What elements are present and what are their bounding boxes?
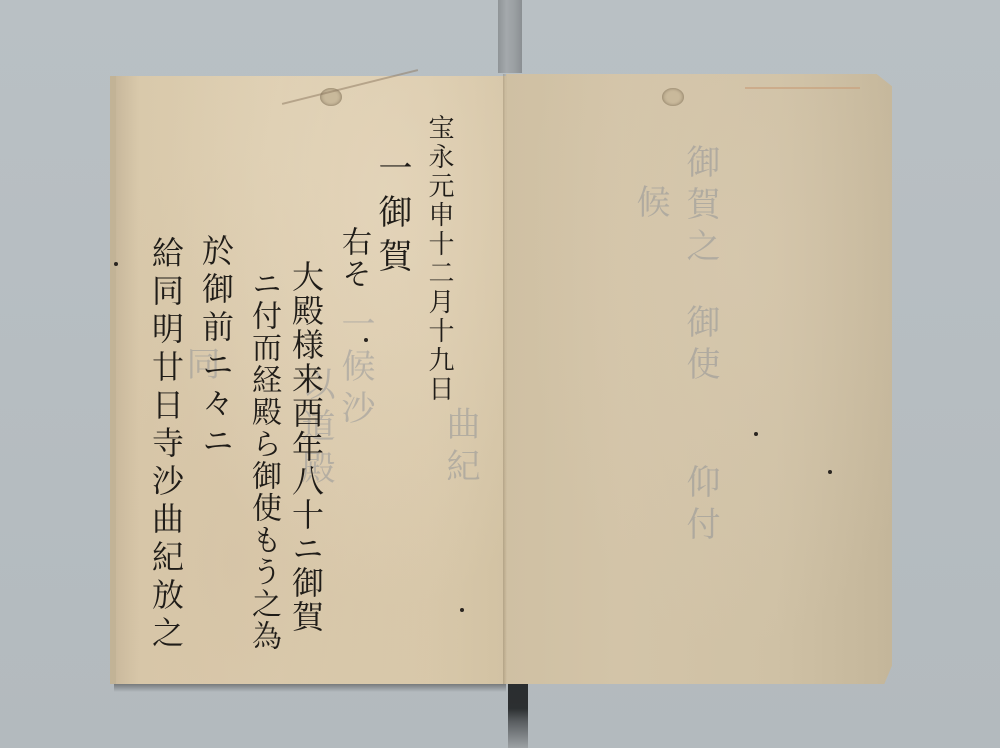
date-column: 宝永元申十二月十九日 — [426, 114, 452, 404]
bleed-through-text: 仰付 — [676, 464, 725, 548]
bleed-through-text: 御賀之 — [676, 144, 725, 270]
bleed-through-text: 候 — [626, 184, 675, 226]
binding-hole — [662, 88, 684, 106]
heading-column: 一御賀 — [375, 150, 409, 282]
text-column: ニ付而経殿ら御使もう之為 — [248, 268, 278, 652]
book-gutter — [503, 74, 507, 684]
bleed-through-text: 御使 — [676, 304, 725, 388]
right-page: 御賀之 候 御使 仰付 — [506, 74, 892, 684]
ink-spot — [364, 338, 368, 342]
ink-spot — [460, 608, 464, 612]
display-stand-bottom — [508, 682, 528, 748]
binding-thread — [745, 87, 860, 89]
text-column: 給同明廿日寺沙曲紀放之 — [150, 236, 182, 654]
text-column: 大殿様来酉年八十ニ御賀 — [290, 260, 322, 634]
ink-spot — [114, 262, 118, 266]
display-stand-top — [498, 0, 522, 73]
bleed-through-text: 曲紀 — [436, 406, 485, 490]
text-column: 右そ — [338, 226, 368, 290]
worm-hole — [754, 432, 758, 436]
worm-hole — [828, 470, 832, 474]
text-column: 於御前ニ々ニ — [200, 234, 232, 462]
